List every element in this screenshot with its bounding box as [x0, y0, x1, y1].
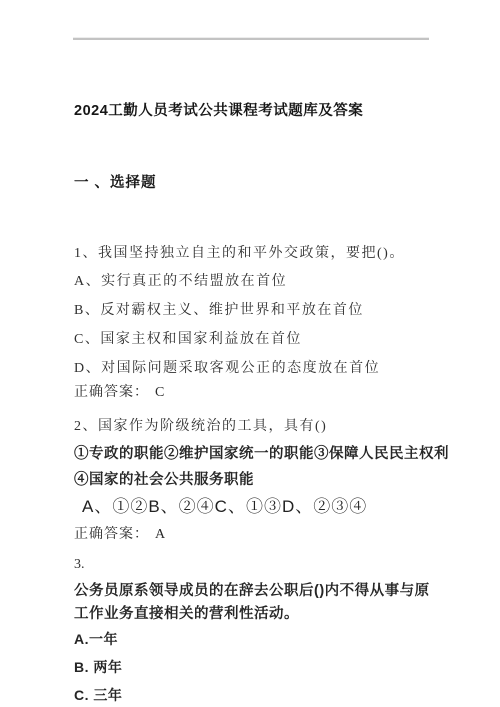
option-item: B、反对霸权主义、维护世界和平放在首位 [74, 302, 430, 320]
answer-line: 正确答案：C [74, 384, 430, 402]
answer-value: A [155, 527, 165, 542]
question-stem: 2、国家作为阶级统治的工具，具有() [74, 418, 430, 436]
options-line: A、①②B、②④C、①③D、②③④ [74, 496, 430, 518]
question-2: 2、国家作为阶级统治的工具，具有() ①专政的职能②维护国家统一的职能③保障人民… [74, 418, 430, 544]
answer-label: 正确答案： [74, 385, 149, 400]
statement-line: ④国家的社会公共服务职能 [74, 471, 430, 489]
question-stem: 公务员原系领导成员的在辞去公职后()内不得从事与原工作业务直接相关的营利性活动。 [74, 580, 430, 626]
option-item: A.一年 [74, 630, 430, 648]
question-number: 3. [74, 556, 430, 574]
option-item: B. 两年 [74, 658, 430, 676]
answer-line: 正确答案：A [74, 526, 430, 544]
section-heading: 一 、选择题 [74, 174, 430, 193]
option-item: D、对国际问题采取客观公正的态度放在首位 [74, 360, 430, 378]
statement-line: ①专政的职能②维护国家统一的职能③保障人民民主权利 [74, 445, 430, 463]
document-title: 2024工勤人员考试公共课程考试题库及答案 [74, 102, 430, 121]
option-item: C. 三年 [74, 686, 430, 704]
question-stem: 1、我国坚持独立自主的和平外交政策，要把()。 [74, 245, 430, 263]
option-item: A、实行真正的不结盟放在首位 [74, 273, 430, 291]
document-content: 2024工勤人员考试公共课程考试题库及答案 一 、选择题 1、我国坚持独立自主的… [74, 0, 430, 704]
question-1: 1、我国坚持独立自主的和平外交政策，要把()。 A、实行真正的不结盟放在首位 B… [74, 245, 430, 402]
answer-label: 正确答案： [74, 527, 149, 542]
answer-value: C [155, 385, 164, 400]
document-page: 2024工勤人员考试公共课程考试题库及答案 一 、选择题 1、我国坚持独立自主的… [0, 0, 500, 707]
question-3: 3. 公务员原系领导成员的在辞去公职后()内不得从事与原工作业务直接相关的营利性… [74, 556, 430, 704]
option-item: C、国家主权和国家利益放在首位 [74, 331, 430, 349]
